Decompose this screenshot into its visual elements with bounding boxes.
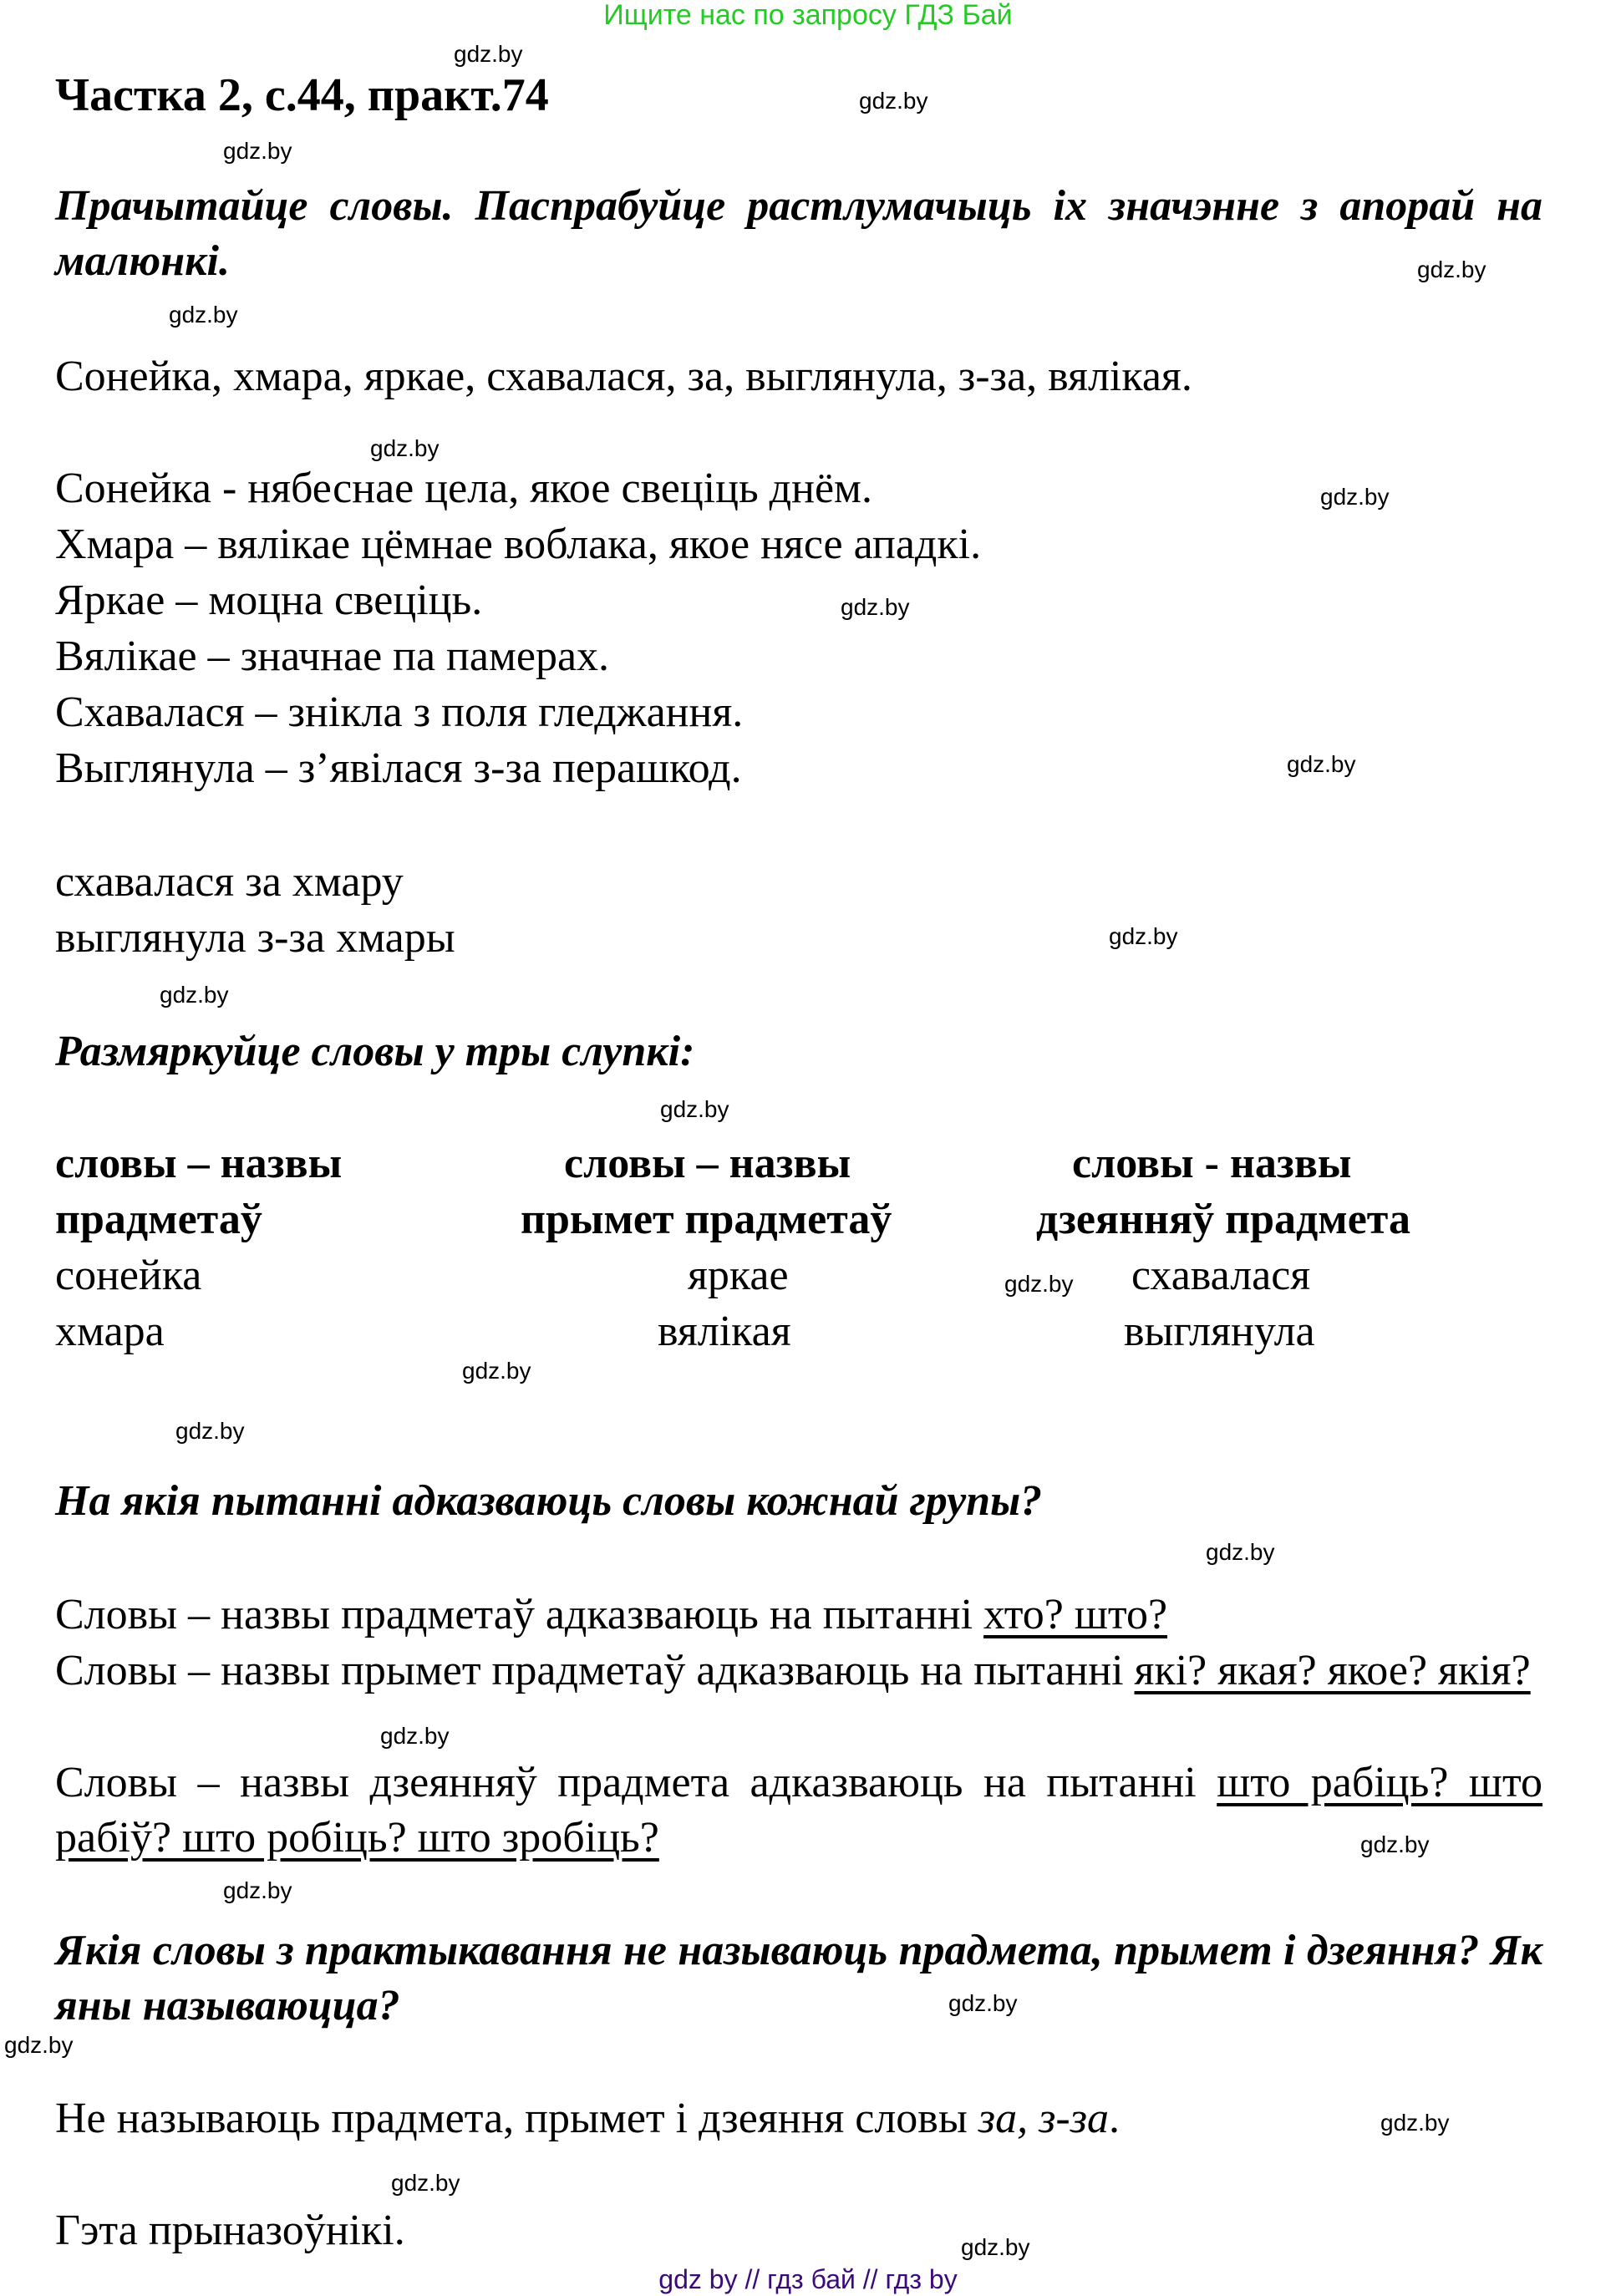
phrase: схавалася за хмару	[55, 855, 404, 910]
watermark: gdz.by	[961, 2235, 1030, 2260]
watermark: gdz.by	[223, 1878, 292, 1903]
watermark: gdz.by	[175, 1419, 245, 1444]
column-3-item: выглянула	[1124, 1304, 1315, 1359]
footer-links[interactable]: gdz by // гдз бай // гдз by	[0, 2264, 1616, 2294]
definition: Сонейка - нябеснае цела, якое свеціць дн…	[55, 461, 872, 516]
watermark: gdz.by	[859, 89, 928, 114]
search-banner[interactable]: Ищите нас по запросу ГДЗ Бай	[0, 0, 1616, 30]
task-1-prompt: Прачытайце словы. Паспрабуйце растлумачы…	[55, 179, 1542, 289]
task-3-prompt: На якія пытанні адказваюць словы кожнай …	[55, 1474, 1042, 1529]
watermark: gdz.by	[454, 42, 523, 67]
watermark: gdz.by	[4, 2033, 74, 2058]
watermark: gdz.by	[391, 2171, 460, 2196]
answer-line: Словы – назвы прадметаў адказваюць на пы…	[55, 1587, 1167, 1643]
definition: Выглянула – з’явілася з-за перашкод.	[55, 741, 742, 796]
column-2-heading: прымет прадметаў	[521, 1192, 892, 1247]
definition: Схавалася – знікла з поля гледжання.	[55, 685, 743, 740]
watermark: gdz.by	[169, 302, 238, 328]
page-title: Частка 2, с.44, практ.74	[55, 70, 549, 120]
watermark: gdz.by	[841, 595, 910, 620]
watermark: gdz.by	[160, 983, 229, 1008]
answer-text: Словы – назвы дзеянняў прадмета адказваю…	[55, 1759, 1217, 1806]
answer-4: Не называюць прадмета, прымет і дзеяння …	[55, 2091, 1120, 2146]
task-2-prompt: Размяркуйце словы у тры слупкі:	[55, 1024, 694, 1079]
watermark: gdz.by	[380, 1724, 450, 1749]
answer-text: Словы – назвы прадметаў адказваюць на пы…	[55, 1591, 983, 1638]
column-1-heading: словы – назвы	[55, 1136, 342, 1191]
column-2-item: вялікая	[658, 1304, 791, 1359]
column-2-item: яркае	[688, 1248, 789, 1303]
phrase: выглянула з-за хмары	[55, 911, 455, 966]
watermark: gdz.by	[1004, 1272, 1074, 1297]
definition: Вялікае – значнае па памерах.	[55, 629, 609, 684]
watermark: gdz.by	[1320, 485, 1390, 510]
answer-text: Словы – назвы прымет прадметаў адказваюц…	[55, 1647, 1135, 1694]
column-3-heading: словы - назвы	[1072, 1136, 1352, 1191]
question-words: які? якая? якое? якія?	[1135, 1647, 1531, 1694]
answer-italic-words: за, з-за	[978, 2095, 1109, 2142]
answer-text: Не называюць прадмета, прымет і дзеяння …	[55, 2095, 978, 2142]
question-words: хто? што?	[983, 1591, 1167, 1638]
watermark: gdz.by	[462, 1359, 531, 1384]
column-2-heading: словы – назвы	[564, 1136, 851, 1191]
column-1-item: сонейка	[55, 1248, 201, 1303]
definition: Хмара – вялікае цёмнае воблака, якое няс…	[55, 517, 981, 572]
column-3-heading: дзеянняў прадмета	[1036, 1192, 1410, 1247]
watermark: gdz.by	[1287, 752, 1356, 777]
watermark: gdz.by	[1206, 1540, 1275, 1565]
answer-line: Словы – назвы прымет прадметаў адказваюц…	[55, 1643, 1542, 1699]
watermark: gdz.by	[660, 1097, 729, 1122]
words-line: Сонейка, хмара, яркае, схавалася, за, вы…	[55, 349, 1192, 404]
column-1-heading: прадметаў	[55, 1192, 262, 1247]
task-4-prompt: Якія словы з практыкавання не называюць …	[55, 1923, 1542, 2034]
definition: Яркае – моцна свеціць.	[55, 573, 482, 628]
watermark: gdz.by	[370, 436, 440, 461]
watermark: gdz.by	[1380, 2111, 1450, 2136]
watermark: gdz.by	[1109, 924, 1178, 949]
answer-line: Словы – назвы дзеянняў прадмета адказваю…	[55, 1755, 1542, 1866]
column-1-item: хмара	[55, 1304, 165, 1359]
answer-suffix: .	[1109, 2095, 1120, 2142]
column-3-item: схавалася	[1131, 1248, 1310, 1303]
watermark: gdz.by	[223, 139, 292, 164]
answer-5: Гэта прыназоўнікі.	[55, 2203, 405, 2258]
